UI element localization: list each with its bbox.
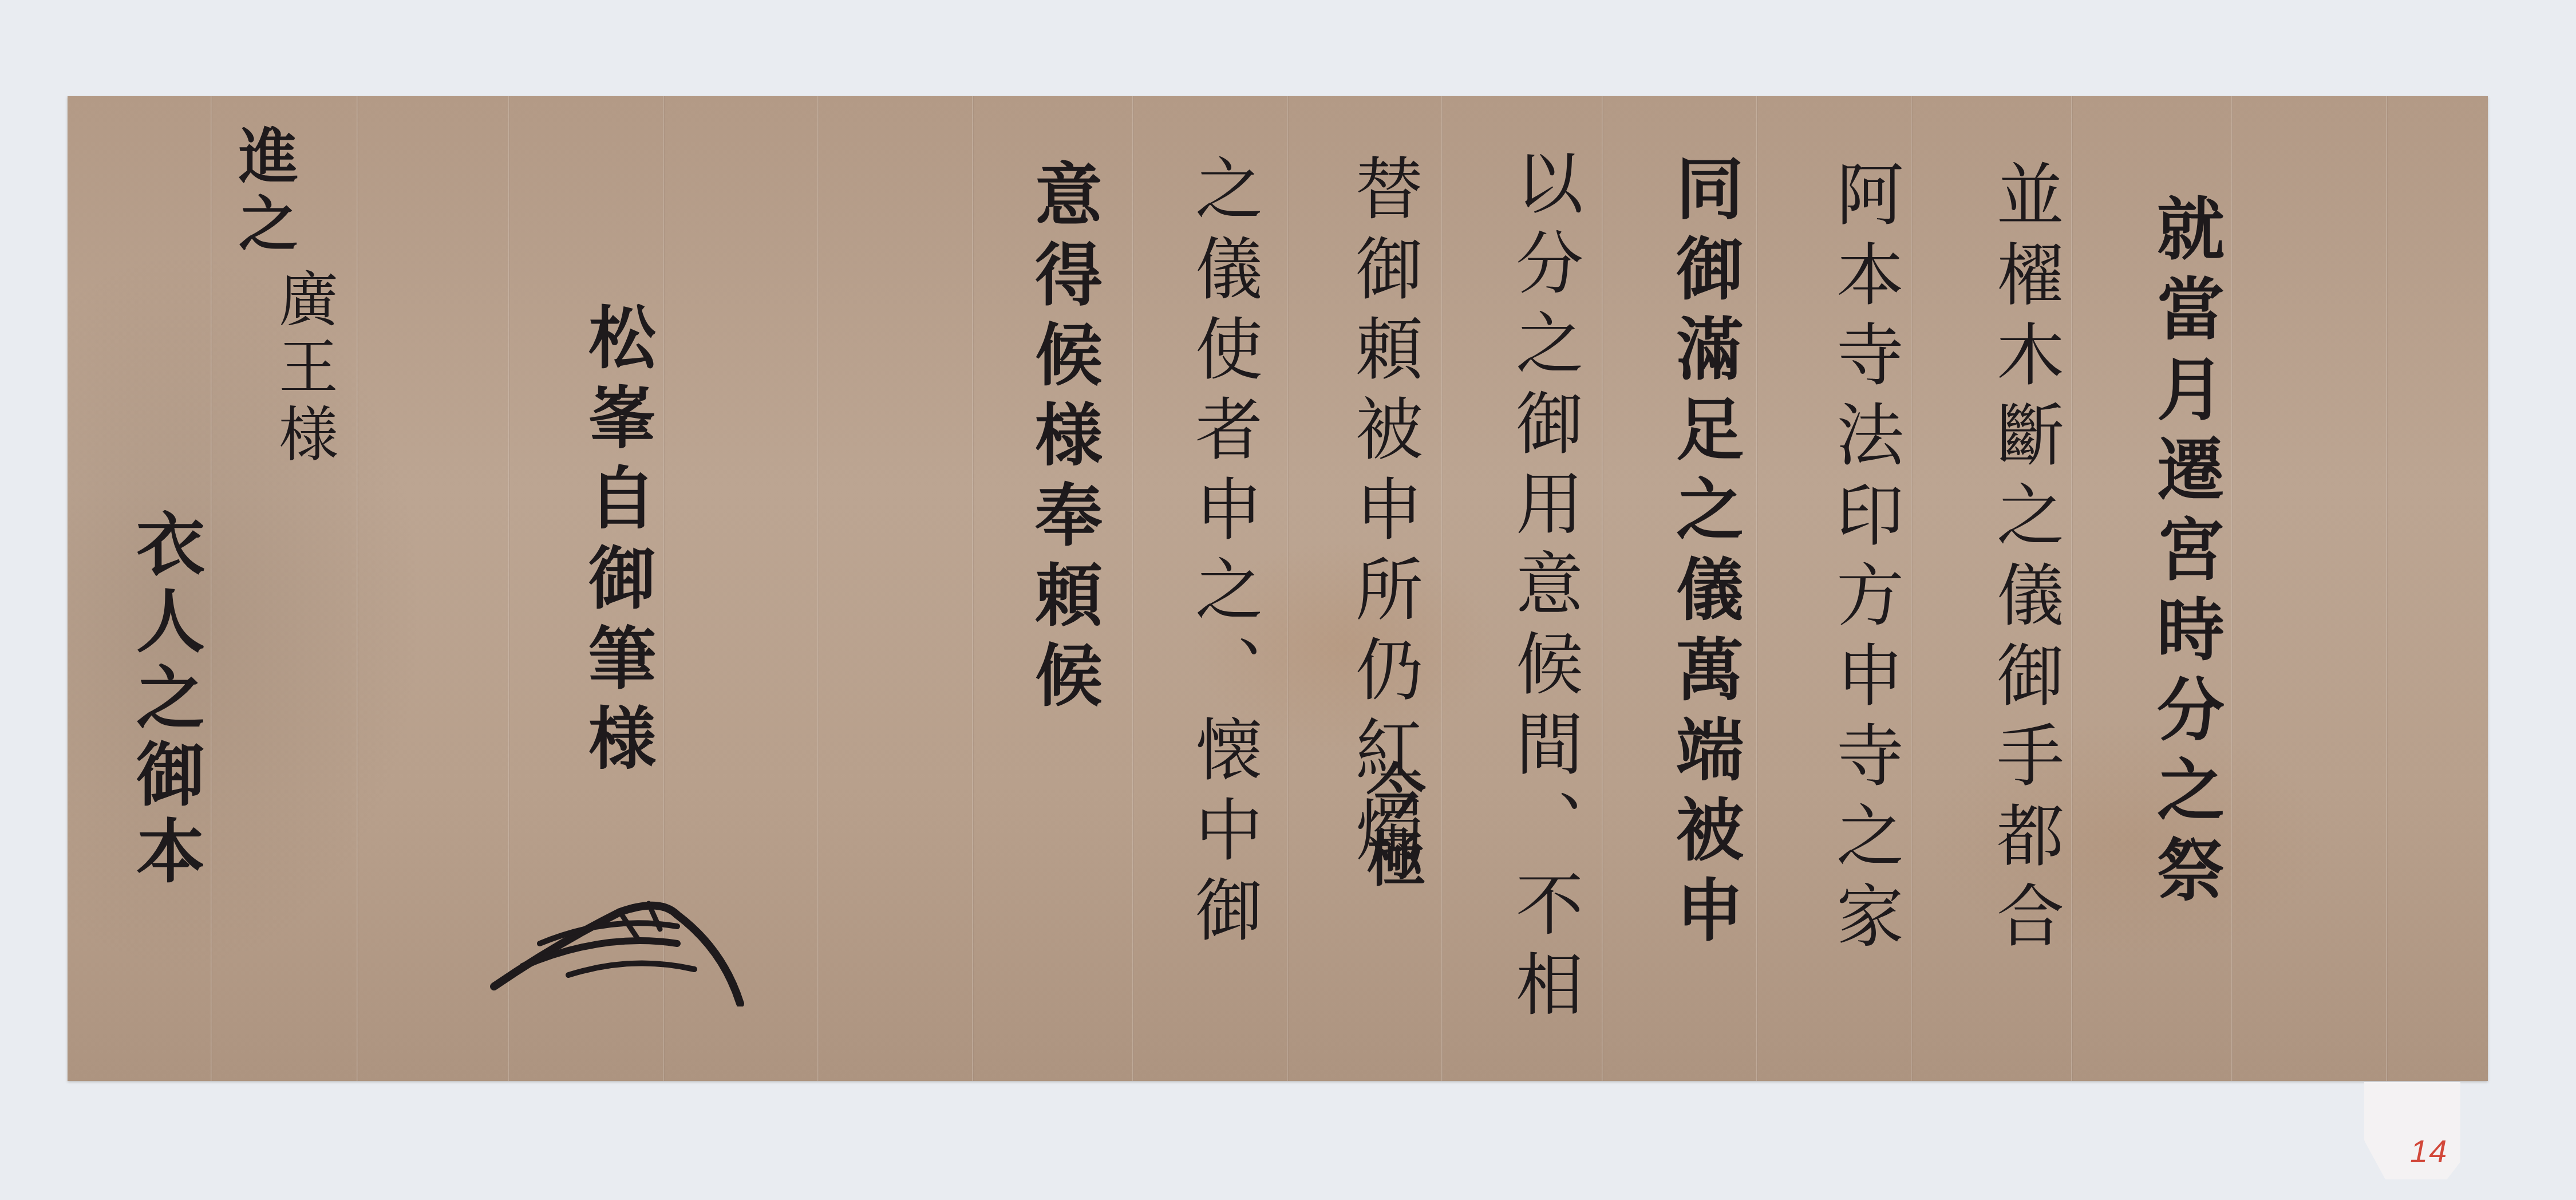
fold-line bbox=[1911, 96, 1913, 1081]
text-column-7: 之儀使者申之、懐中御 bbox=[1190, 153, 1257, 955]
fold-line bbox=[357, 96, 358, 1081]
document-sheet: 就當月遷宮時分之祭 並櫂木斷之儀御手都合 阿本寺法印方申寺之家 同御滿足之儀萬端… bbox=[68, 96, 2488, 1081]
fold-line bbox=[2386, 96, 2388, 1081]
text-column-5: 以分之御用意候間、不相 bbox=[1510, 148, 1578, 1029]
closing-phrase: 衣人之御本 bbox=[131, 508, 199, 892]
catalog-number-tag: 14 bbox=[2364, 1082, 2460, 1179]
text-column-8: 意得候様奉頼候 bbox=[1029, 159, 1097, 720]
text-column-4: 同御滿足之儀萬端被申 bbox=[1670, 153, 1738, 955]
catalog-number: 14 bbox=[2410, 1132, 2448, 1170]
date-note: 今極 bbox=[1361, 760, 1421, 895]
fold-line bbox=[1287, 96, 1289, 1081]
fold-line bbox=[2231, 96, 2233, 1081]
fold-line bbox=[2071, 96, 2073, 1081]
addressee-prefix: 進之 bbox=[234, 125, 293, 260]
fold-line bbox=[1756, 96, 1758, 1081]
fold-line bbox=[211, 96, 212, 1081]
fold-line bbox=[1132, 96, 1134, 1081]
text-column-3: 阿本寺法印方申寺之家 bbox=[1831, 159, 1898, 961]
fold-line bbox=[1441, 96, 1443, 1081]
kao-monogram-icon bbox=[488, 858, 752, 1006]
signature: 松峯自御筆様 bbox=[583, 302, 650, 783]
fold-line bbox=[1602, 96, 1603, 1081]
fold-line bbox=[972, 96, 974, 1081]
addressee-name: 廣王様 bbox=[274, 268, 333, 471]
text-column-2: 並櫂木斷之儀御手都合 bbox=[1991, 159, 2059, 961]
fold-line bbox=[817, 96, 819, 1081]
text-column-1: 就當月遷宮時分之祭 bbox=[2151, 194, 2219, 915]
